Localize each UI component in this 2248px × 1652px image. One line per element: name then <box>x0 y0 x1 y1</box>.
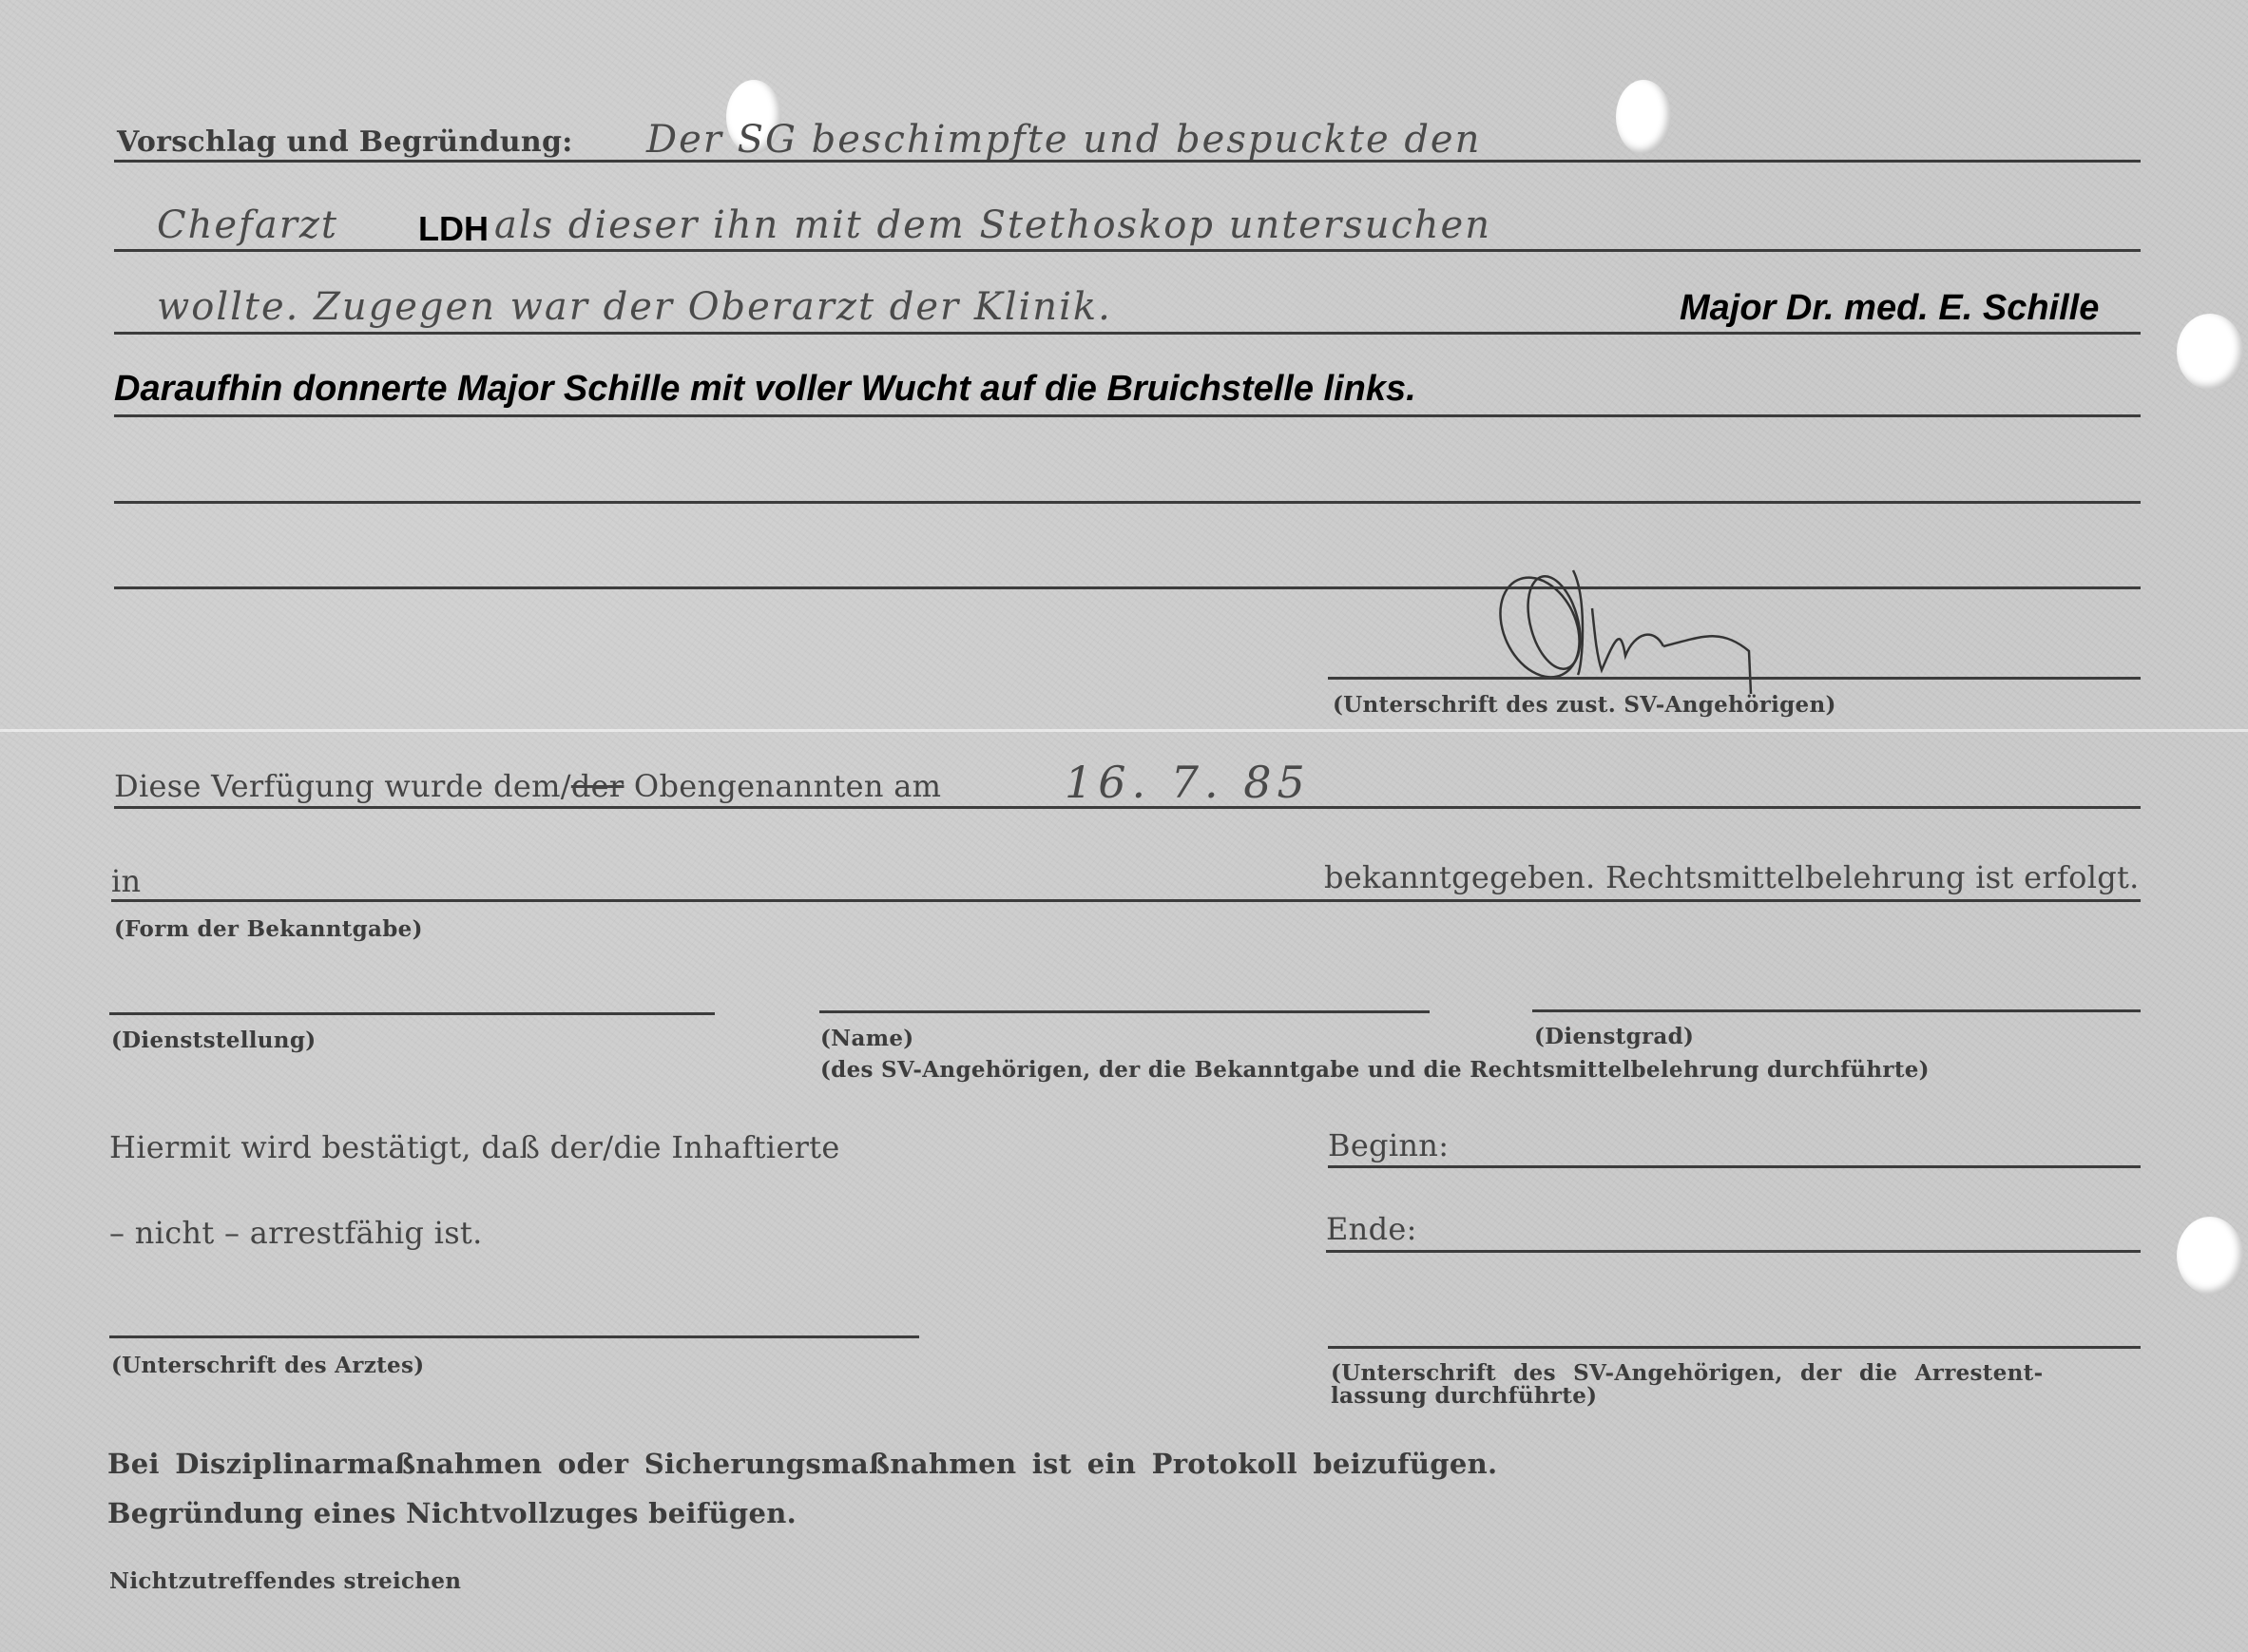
footer-note-nonexecution: Begründung eines Nichtvollzuges beifügen… <box>107 1497 797 1529</box>
end-rule <box>1326 1250 2141 1253</box>
footer-note-strike: Nichtzutreffendes streichen <box>109 1568 461 1594</box>
in-label: in <box>111 863 141 899</box>
dienststellung-rule <box>109 1012 715 1015</box>
punch-hole-right-lower <box>2177 1217 2243 1295</box>
notice-rule <box>114 806 2141 809</box>
handwritten-line-2b: als dieser ihn mit dem Stethoskop unters… <box>494 203 1491 247</box>
release-caption-1: (Unterschrift des SV-Angehörigen, der di… <box>1331 1360 2043 1386</box>
begin-rule <box>1328 1165 2141 1168</box>
confirm-text: Hiermit wird bestätigt, daß der/die Inha… <box>109 1129 840 1165</box>
notice-text-suffix: Obengenannten am <box>624 768 941 804</box>
handwritten-line-3: wollte. Zugegen war der Oberarzt der Kli… <box>157 285 1112 329</box>
handwritten-date: 16. 7. 85 <box>1065 757 1311 808</box>
fit-text: – nicht – arrestfähig ist. <box>109 1215 483 1251</box>
proposal-rule-1 <box>114 160 2141 163</box>
name-rule <box>819 1010 1430 1013</box>
footer-note-protocol: Bei Disziplinarmaßnahmen oder Sicherungs… <box>107 1448 1497 1480</box>
scanned-form-page: Vorschlag und Begründung: Der SG beschim… <box>0 0 2248 1652</box>
form-rule <box>111 899 2141 902</box>
dienststellung-caption: (Dienststellung) <box>111 1028 316 1053</box>
form-caption: (Form der Bekanntgabe) <box>114 916 423 942</box>
fold-crease <box>0 729 2248 732</box>
name-caption: (Name) <box>820 1026 913 1051</box>
signature-caption: (Unterschrift des zust. SV-Angehörigen) <box>1333 692 1836 718</box>
release-caption-2: lassung durchführte) <box>1331 1383 1597 1409</box>
dienstgrad-rule <box>1532 1009 2141 1012</box>
dienstgrad-caption: (Dienstgrad) <box>1534 1024 1694 1049</box>
signature-scribble <box>1483 561 1844 713</box>
punch-hole-right-upper <box>2177 314 2243 390</box>
proposal-rule-3 <box>114 332 2141 335</box>
announced-text: bekanntgegeben. Rechtsmittelbelehrung is… <box>1324 859 2140 895</box>
punch-hole-top-right <box>1616 80 1671 154</box>
notice-text-prefix: Diese Verfügung wurde dem/ <box>114 768 571 804</box>
proposal-rule-5 <box>114 501 2141 504</box>
proposal-label: Vorschlag und Begründung: <box>117 125 573 159</box>
typed-line-daraufhin: Daraufhin donnerte Major Schille mit vol… <box>114 369 1416 410</box>
doctor-signature-rule <box>109 1335 919 1338</box>
end-label: Ende: <box>1326 1211 1417 1247</box>
notice-text-struck: der <box>571 768 624 804</box>
release-signature-rule <box>1328 1346 2141 1349</box>
begin-label: Beginn: <box>1328 1127 1449 1163</box>
proposal-rule-2 <box>114 249 2141 252</box>
typed-insert-ldh: LDH <box>418 209 489 249</box>
typed-insert-major: Major Dr. med. E. Schille <box>1680 288 2099 329</box>
signature-rule <box>1328 677 2141 680</box>
handwritten-line-2a: Chefarzt <box>157 203 338 247</box>
performer-caption: (des SV-Angehörigen, der die Bekanntgabe… <box>820 1057 1930 1083</box>
proposal-rule-4 <box>114 414 2141 417</box>
doctor-caption: (Unterschrift des Arztes) <box>111 1353 424 1378</box>
notice-text: Diese Verfügung wurde dem/der Obengenann… <box>114 768 941 804</box>
handwritten-line-1: Der SG beschimpfte und bespuckte den <box>646 118 1481 162</box>
